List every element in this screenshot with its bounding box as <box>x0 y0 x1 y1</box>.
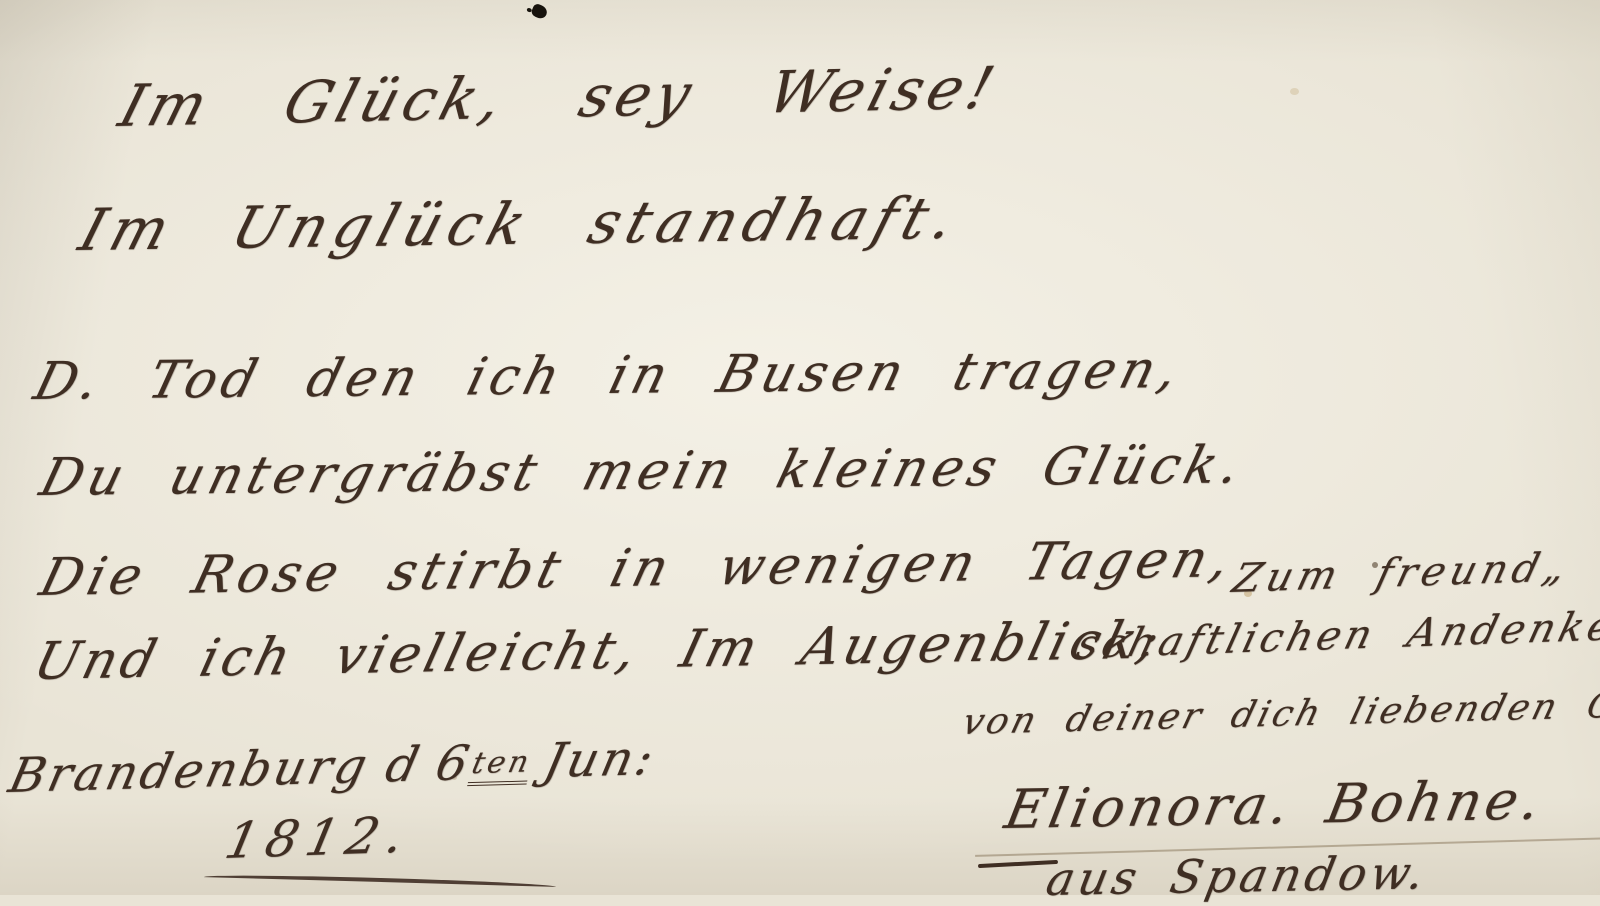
manuscript-page: Im Glück, sey Weise! Im Unglück standhaf… <box>0 0 1600 895</box>
poem-line-4: Du untergräbst mein kleines Glück. <box>34 435 1251 508</box>
dateline-place: Brandenburg <box>4 738 375 804</box>
dateline-year: 1812. <box>220 806 417 870</box>
year-underline-flourish <box>204 873 556 887</box>
poem-line-3: D. Tod den ich in Busen tragen, <box>28 340 1189 412</box>
dateline: Brandenburgd6tenJun: <box>4 730 661 804</box>
dedication-line-3: von deiner dich liebenden Cousine <box>958 681 1600 743</box>
poem-line-2: Im Unglück standhaft. <box>72 184 969 264</box>
paper-speck <box>1290 88 1299 95</box>
dateline-ordinal: ten <box>468 745 535 787</box>
poem-line-5: Die Rose stirbt in wenigen Tagen, <box>34 529 1241 608</box>
poem-line-6: Und ich vielleicht, Im Augenblick; <box>28 610 1169 692</box>
dateline-month: Jun: <box>539 730 661 789</box>
signature-name: Elionora. Bohne. <box>1000 769 1549 841</box>
dedication-line-1: Zum freund„ <box>1228 544 1575 602</box>
ink-blot <box>530 3 549 21</box>
signature-origin: aus Spandow. <box>1042 845 1433 895</box>
signature-underline-flourish <box>978 860 1058 868</box>
poem-line-1: Im Glück, sey Weise! <box>112 54 1006 140</box>
dateline-article: d <box>381 737 427 794</box>
